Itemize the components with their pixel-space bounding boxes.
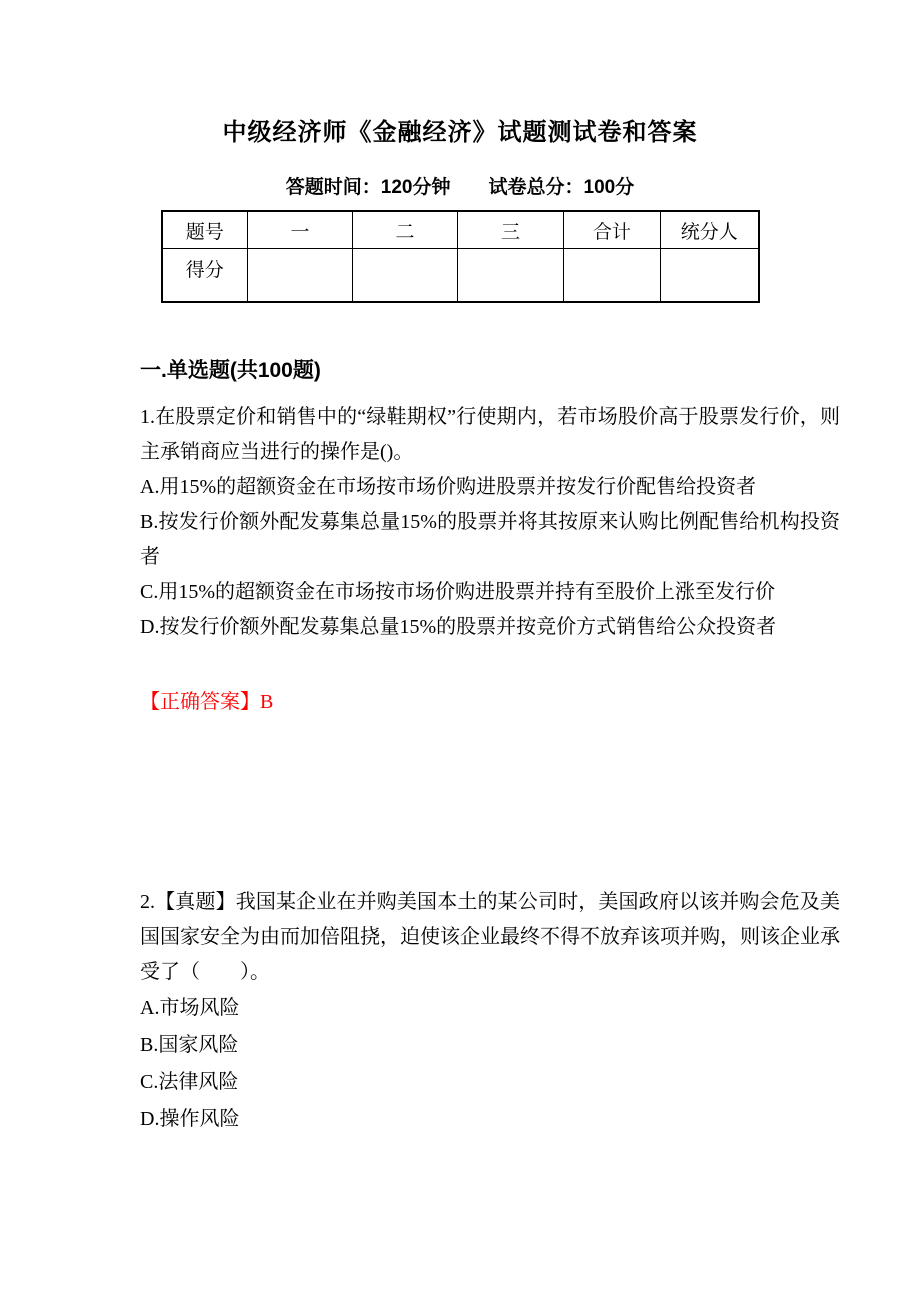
exam-document-page: 中级经济师《金融经济》试题测试卷和答案 答题时间：120分钟试卷总分：100分 … (0, 0, 920, 1302)
question-1-stem: 1.在股票定价和销售中的“绿鞋期权”行使期内，若市场股价高于股票发行价，则主承销… (140, 400, 840, 470)
question-1-answer-line: 【正确答案】B (140, 685, 920, 720)
section-heading-single-choice: 一.单选题(共100题) (140, 357, 920, 385)
question-2-option-d: D.操作风险 (140, 1101, 840, 1138)
score-cell-1 (248, 249, 353, 303)
question-2: 2.【真题】我国某企业在并购美国本土的某公司时，美国政府以该并购会危及美国国家安… (140, 885, 840, 1138)
score-row-label: 得分 (162, 249, 248, 303)
header-cell-part-three: 三 (458, 211, 564, 249)
time-limit-label: 答题时间：120分钟 (286, 177, 451, 198)
score-table: 题号 一 二 三 合计 统分人 得分 (161, 210, 760, 303)
question-1: 1.在股票定价和销售中的“绿鞋期权”行使期内，若市场股价高于股票发行价，则主承销… (140, 400, 840, 645)
header-cell-total: 合计 (564, 211, 661, 249)
score-cell-4 (564, 249, 661, 303)
question-1-options: A.用15%的超额资金在市场按市场价购进股票并按发行价配售给投资者 B.按发行价… (140, 470, 840, 645)
header-cell-part-one: 一 (248, 211, 353, 249)
page-title: 中级经济师《金融经济》试题测试卷和答案 (0, 118, 920, 148)
correct-answer-label: 【正确答案】 (140, 691, 260, 713)
header-cell-question-no: 题号 (162, 211, 248, 249)
total-score-label: 试卷总分：100分 (489, 177, 635, 198)
score-cell-3 (458, 249, 564, 303)
question-2-option-b: B.国家风险 (140, 1027, 840, 1064)
question-2-stem: 2.【真题】我国某企业在并购美国本土的某公司时，美国政府以该并购会危及美国国家安… (140, 885, 840, 990)
question-1-option-d: D.按发行价额外配发募集总量15%的股票并按竞价方式销售给公众投资者 (140, 610, 840, 645)
correct-answer-value: B (260, 691, 273, 713)
question-1-option-b: B.按发行价额外配发募集总量15%的股票并将其按原来认购比例配售给机构投资者 (140, 505, 840, 575)
score-cell-2 (353, 249, 458, 303)
header-cell-part-two: 二 (353, 211, 458, 249)
question-2-options: A.市场风险 B.国家风险 C.法律风险 D.操作风险 (140, 990, 840, 1138)
question-2-option-c: C.法律风险 (140, 1064, 840, 1101)
header-cell-scorer: 统分人 (661, 211, 759, 249)
exam-meta: 答题时间：120分钟试卷总分：100分 (0, 176, 920, 200)
score-table-header-row: 题号 一 二 三 合计 统分人 (162, 211, 759, 249)
question-2-option-a: A.市场风险 (140, 990, 840, 1027)
score-cell-5 (661, 249, 759, 303)
question-1-option-a: A.用15%的超额资金在市场按市场价购进股票并按发行价配售给投资者 (140, 470, 840, 505)
question-1-option-c: C.用15%的超额资金在市场按市场价购进股票并持有至股价上涨至发行价 (140, 575, 840, 610)
score-table-score-row: 得分 (162, 249, 759, 303)
